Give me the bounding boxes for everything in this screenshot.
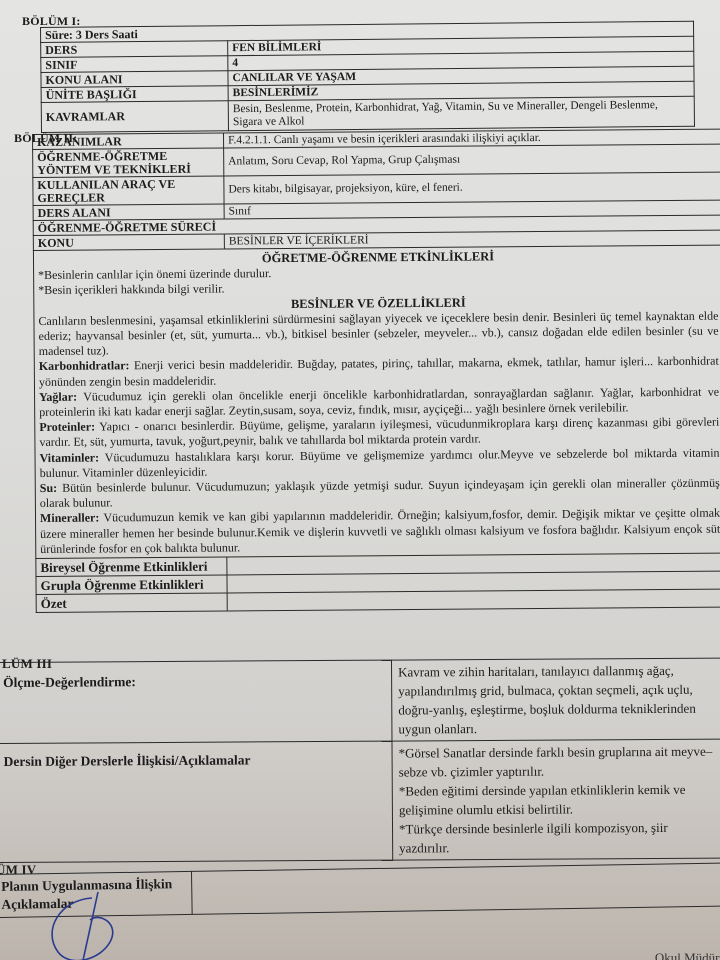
- activities-cell: ÖĞRETME-ÖĞRENME ETKİNLİKLERİ *Besinlerin…: [33, 245, 720, 558]
- nutrient-term: Proteinler:: [39, 420, 95, 434]
- section-3-table: Ölçme-Değerlendirme: Kavram ve zihin har…: [0, 658, 720, 863]
- nutrient-text: Vücudumuz için gerekli olan öncelikle en…: [39, 384, 719, 419]
- row-key: Özet: [36, 593, 227, 612]
- row-key: DERS ALANI: [33, 204, 224, 220]
- row-value: Besin, Beslenme, Protein, Karbonhidrat, …: [228, 96, 694, 130]
- row-value: [191, 863, 720, 914]
- relation-item: *Görsel Sanatlar dersinde farklı besin g…: [399, 742, 720, 782]
- table-row: Dersin Diğer Derslerle İlişkisi/Açıklama…: [0, 739, 720, 862]
- row-value: [227, 589, 720, 611]
- nutrient-item: Mineraller: Vücudumuzun kemik ve kan gib…: [40, 506, 720, 557]
- relation-item: *Beden eğitimi dersinde yapılan etkinlik…: [399, 780, 720, 820]
- row-key: KULLANILAN ARAÇ VE GEREÇLER: [33, 176, 224, 205]
- row-key: ÖĞRENME-ÖĞRETME YÖNTEM VE TEKNİKLERİ: [33, 148, 224, 177]
- nutrient-term: Su:: [40, 481, 57, 495]
- table-row: KAVRAMLARBesin, Beslenme, Protein, Karbo…: [41, 96, 694, 132]
- row-key: KAZANIMLAR: [33, 133, 224, 149]
- nutrient-text: Yapıcı - onarıcı besinlerdir. Büyüme, ge…: [39, 415, 719, 450]
- row-key: Dersin Diğer Derslerle İlişkisi/Açıklama…: [0, 741, 393, 862]
- row-key: KAVRAMLAR: [41, 101, 228, 133]
- topic-key: KONU: [33, 234, 224, 250]
- intro-paragraph: Canlıların beslenmesini, yaşamsal etkinl…: [38, 308, 718, 359]
- nutrient-text: Enerji verici besin maddeleridir. Buğday…: [39, 354, 719, 389]
- nutrient-text: Vücudumuzu hastalıklara karşı korur. Büy…: [40, 445, 720, 480]
- row-value: Ders kitabı, bilgisayar, projeksiyon, kü…: [224, 172, 720, 204]
- nutrient-text: Bütün besinlerde bulunur. Vücudumuzun; y…: [40, 476, 720, 511]
- signature-mark: [40, 890, 130, 960]
- row-key: Ölçme-Değerlendirme:: [0, 660, 392, 743]
- nutrient-term: Yağlar:: [39, 389, 77, 403]
- nutrient-term: Vitaminler:: [39, 450, 99, 464]
- relation-item: *Türkçe dersinde besinlerle ilgili kompo…: [399, 818, 720, 858]
- table-row: Ölçme-Değerlendirme: Kavram ve zihin har…: [0, 658, 720, 743]
- nutrient-text: Vücudumuzun kemik ve kan gibi yapılarını…: [40, 506, 720, 556]
- row-value: Kavram ve zihin haritaları, tanılayıcı d…: [391, 658, 720, 741]
- principal-signature-label: Okul Müdürü: [655, 950, 720, 960]
- row-key: Bireysel Öğrenme Etkinlikleri: [36, 557, 227, 576]
- row-key: Grupla Öğrenme Etkinlikleri: [36, 575, 227, 594]
- section-2-table: KAZANIMLARF.4.2.1.1. Canlı yaşamı ve bes…: [32, 129, 720, 613]
- row-value: *Görsel Sanatlar dersinde farklı besin g…: [392, 739, 720, 860]
- section-1-table: Süre: 3 Ders Saati DERSFEN BİLİMLERİ SIN…: [40, 21, 695, 133]
- nutrient-term: Karbonhidratlar:: [39, 359, 130, 374]
- nutrient-term: Mineraller:: [40, 511, 99, 525]
- row-value: Anlatım, Soru Cevap, Rol Yapma, Grup Çal…: [224, 144, 720, 176]
